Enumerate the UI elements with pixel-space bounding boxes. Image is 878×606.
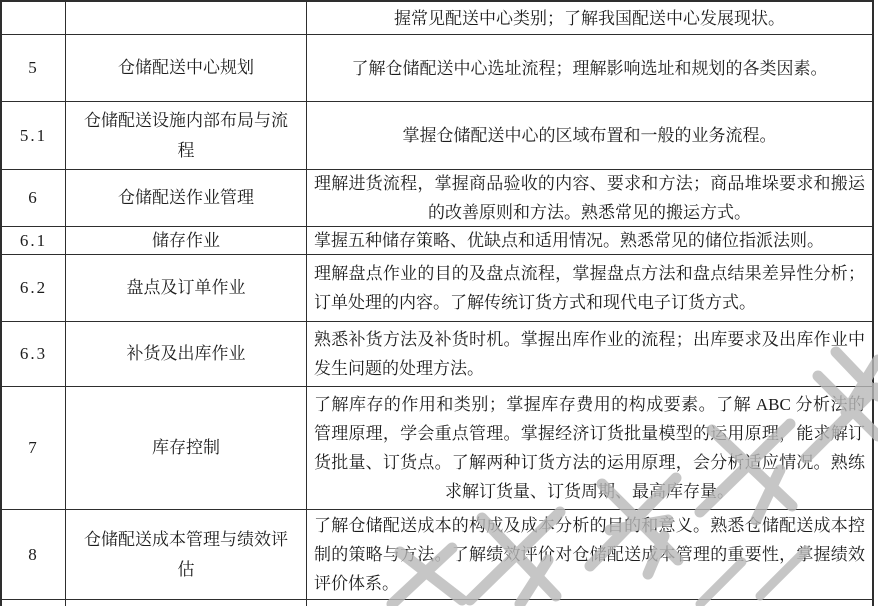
description-text: 握常见配送中心类别；了解我国配送中心发展现状。 [314,4,865,33]
table-cell-number: 6.1 [2,227,66,255]
table-cell-topic: 仓储配送设施内部布局与流程 [66,102,307,170]
table-cell-number: 6.2 [2,255,66,322]
table-cell-topic: 储存作业 [66,227,307,255]
table-cell-description: 了解仓储配送成本的构成及成本分析的目的和意义。熟悉仓储配送成本控制的策略与方法。… [307,510,872,600]
description-text: 理解盘点作业的目的及盘点流程，掌握盘点方法和盘点结果差异性分析；订单处理的内容。… [314,259,865,317]
table-cell-description: 掌握五种储存策略、优缺点和适用情况。熟悉常见的储位指派法则。 [307,227,872,255]
description-text: 掌握五种储存策略、优缺点和适用情况。熟悉常见的储位指派法则。 [314,227,865,255]
table-cell-topic [66,600,307,606]
table-cell-number: 8 [2,510,66,600]
table-cell-description: 理解盘点作业的目的及盘点流程，掌握盘点方法和盘点结果差异性分析；订单处理的内容。… [307,255,872,322]
table-cell-description [307,600,872,606]
syllabus-table: 握常见配送中心类别；了解我国配送中心发展现状。 5 仓储配送中心规划 了解仓储配… [0,0,874,606]
table-cell-topic [66,2,307,35]
table-cell-description: 握常见配送中心类别；了解我国配送中心发展现状。 [307,2,872,35]
table-cell-number: 5 [2,35,66,102]
table-cell-topic: 补货及出库作业 [66,322,307,387]
table-cell-description: 理解进货流程，掌握商品验收的内容、要求和方法；商品堆垛要求和搬运的改善原则和方法… [307,170,872,227]
table-cell-topic: 仓储配送成本管理与绩效评估 [66,510,307,600]
description-text: 了解仓储配送中心选址流程；理解影响选址和规划的各类因素。 [314,54,865,83]
table-cell-number [2,2,66,35]
table-cell-number: 6 [2,170,66,227]
table-cell-topic: 仓储配送作业管理 [66,170,307,227]
table-cell-number: 6.3 [2,322,66,387]
description-text: 理解进货流程，掌握商品验收的内容、要求和方法；商品堆垛要求和搬运的改善原则和方法… [314,170,865,227]
table-cell-description: 掌握仓储配送中心的区域布置和一般的业务流程。 [307,102,872,170]
description-text: 掌握仓储配送中心的区域布置和一般的业务流程。 [314,121,865,150]
table-cell-number [2,600,66,606]
description-text: 了解库存的作用和类别；掌握库存费用的构成要素。了解 ABC 分析法的管理原理，学… [314,390,865,506]
table-cell-description: 熟悉补货方法及补货时机。掌握出库作业的流程；出库要求及出库作业中发生问题的处理方… [307,322,872,387]
table-cell-description: 了解库存的作用和类别；掌握库存费用的构成要素。了解 ABC 分析法的管理原理，学… [307,387,872,510]
description-text: 熟悉补货方法及补货时机。掌握出库作业的流程；出库要求及出库作业中发生问题的处理方… [314,325,865,383]
description-text: 了解仓储配送成本的构成及成本分析的目的和意义。熟悉仓储配送成本控制的策略与方法。… [314,511,865,598]
document-page: 握常见配送中心类别；了解我国配送中心发展现状。 5 仓储配送中心规划 了解仓储配… [0,0,878,606]
table-cell-number: 7 [2,387,66,510]
table-cell-topic: 仓储配送中心规划 [66,35,307,102]
table-cell-topic: 盘点及订单作业 [66,255,307,322]
table-cell-number: 5.1 [2,102,66,170]
table-cell-description: 了解仓储配送中心选址流程；理解影响选址和规划的各类因素。 [307,35,872,102]
table-cell-topic: 库存控制 [66,387,307,510]
